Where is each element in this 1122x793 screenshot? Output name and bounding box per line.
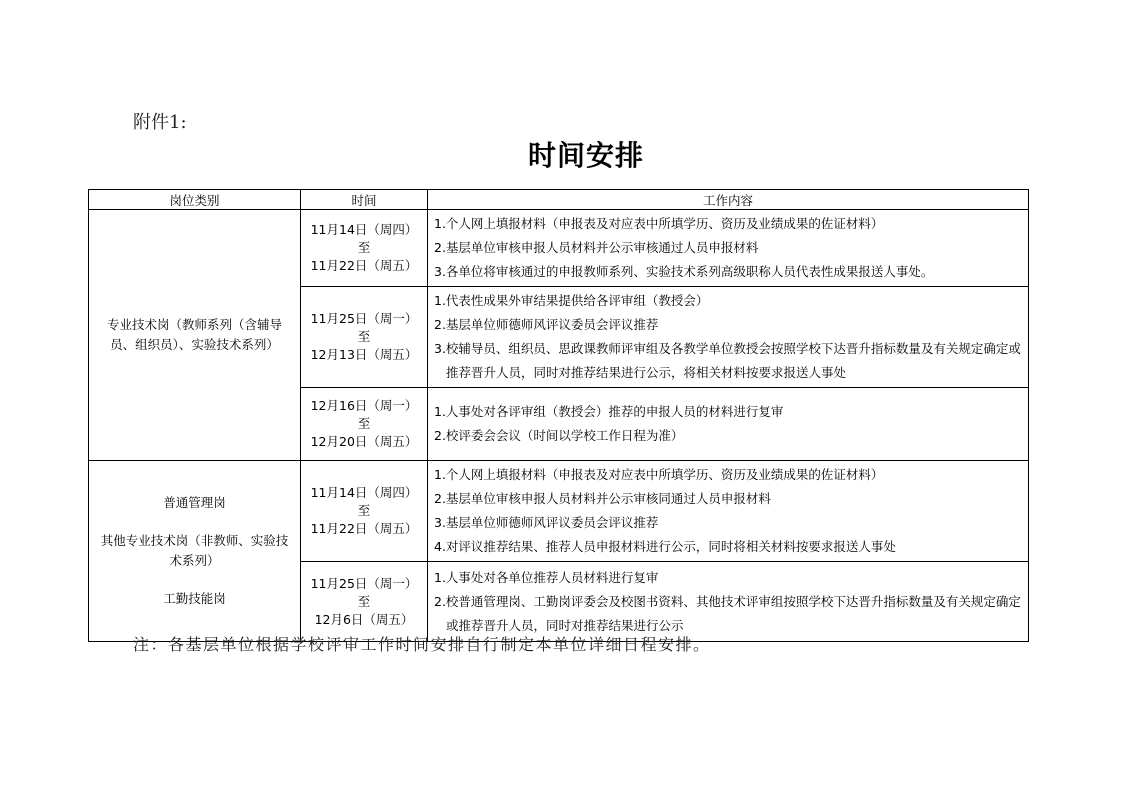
work-content-cell: 1.个人网上填报材料（申报表及对应表中所填学历、资历及业绩成果的佐证材料） 2.… [428,210,1029,287]
work-item: 1.个人网上填报材料（申报表及对应表中所填学历、资历及业绩成果的佐证材料） [434,463,1022,487]
header-category: 岗位类别 [89,190,301,210]
table-header-row: 岗位类别 时间 工作内容 [89,190,1029,210]
category-label: 工勤技能岗 [93,589,296,609]
table-row: 专业技术岗（教师系列（含辅导员、组织员）、实验技术系列） 11月14日（周四） … [89,210,1029,287]
time-cell: 11月25日（周一） 至 12月13日（周五） [301,287,428,388]
start-date: 11月14日（周四） [301,221,427,239]
attachment-label: 附件1: [133,108,187,134]
table-row: 普通管理岗 其他专业技术岗（非教师、实验技术系列） 工勤技能岗 11月14日（周… [89,461,1029,562]
category-label: 普通管理岗 [93,493,296,513]
work-item: 2.基层单位师德师风评议委员会评议推荐 [434,313,1022,337]
to-label: 至 [301,502,427,520]
work-item: 1.人事处对各评审组（教授会）推荐的申报人员的材料进行复审 [434,400,1022,424]
header-work-content: 工作内容 [428,190,1029,210]
start-date: 11月25日（周一） [301,310,427,328]
category-cell: 普通管理岗 其他专业技术岗（非教师、实验技术系列） 工勤技能岗 [89,461,301,642]
work-item: 3.基层单位师德师风评议委员会评议推荐 [434,511,1022,535]
work-item: 4.对评议推荐结果、推荐人员申报材料进行公示，同时将相关材料按要求报送人事处 [434,535,1022,559]
to-label: 至 [301,328,427,346]
work-item: 3.校辅导员、组织员、思政课教师评审组及各教学单位教授会按照学校下达晋升指标数量… [434,337,1022,385]
work-item: 1.代表性成果外审结果提供给各评审组（教授会） [434,289,1022,313]
work-content-cell: 1.人事处对各单位推荐人员材料进行复审 2.校普通管理岗、工勤岗评委会及校图书资… [428,562,1029,642]
time-cell: 12月16日（周一） 至 12月20日（周五） [301,388,428,461]
work-item: 1.人事处对各单位推荐人员材料进行复审 [434,566,1022,590]
schedule-table: 岗位类别 时间 工作内容 专业技术岗（教师系列（含辅导员、组织员）、实验技术系列… [88,189,1029,642]
work-content-cell: 1.个人网上填报材料（申报表及对应表中所填学历、资历及业绩成果的佐证材料） 2.… [428,461,1029,562]
footnote: 注：各基层单位根据学校评审工作时间安排自行制定本单位详细日程安排。 [133,632,711,655]
start-date: 12月16日（周一） [301,397,427,415]
time-cell: 11月25日（周一） 至 12月6日（周五） [301,562,428,642]
end-date: 12月6日（周五） [301,611,427,629]
time-cell: 11月14日（周四） 至 11月22日（周五） [301,461,428,562]
category-cell: 专业技术岗（教师系列（含辅导员、组织员）、实验技术系列） [89,210,301,461]
to-label: 至 [301,239,427,257]
end-date: 12月13日（周五） [301,346,427,364]
end-date: 11月22日（周五） [301,520,427,538]
work-item: 2.基层单位审核申报人员材料并公示审核同通过人员申报材料 [434,487,1022,511]
work-item: 2.校普通管理岗、工勤岗评委会及校图书资料、其他技术评审组按照学校下达晋升指标数… [434,590,1022,638]
to-label: 至 [301,593,427,611]
category-label: 其他专业技术岗（非教师、实验技术系列） [93,531,296,571]
header-time: 时间 [301,190,428,210]
to-label: 至 [301,415,427,433]
end-date: 11月22日（周五） [301,257,427,275]
category-label: 专业技术岗（教师系列（含辅导员、组织员）、实验技术系列） [93,315,296,355]
work-item: 3.各单位将审核通过的申报教师系列、实验技术系列高级职称人员代表性成果报送人事处… [434,260,1022,284]
start-date: 11月25日（周一） [301,575,427,593]
end-date: 12月20日（周五） [301,433,427,451]
work-item: 2.校评委会会议（时间以学校工作日程为准） [434,424,1022,448]
work-content-cell: 1.人事处对各评审组（教授会）推荐的申报人员的材料进行复审 2.校评委会会议（时… [428,388,1029,461]
work-item: 1.个人网上填报材料（申报表及对应表中所填学历、资历及业绩成果的佐证材料） [434,212,1022,236]
start-date: 11月14日（周四） [301,484,427,502]
page-title: 时间安排 [0,134,1122,174]
time-cell: 11月14日（周四） 至 11月22日（周五） [301,210,428,287]
work-content-cell: 1.代表性成果外审结果提供给各评审组（教授会） 2.基层单位师德师风评议委员会评… [428,287,1029,388]
work-item: 2.基层单位审核申报人员材料并公示审核通过人员申报材料 [434,236,1022,260]
